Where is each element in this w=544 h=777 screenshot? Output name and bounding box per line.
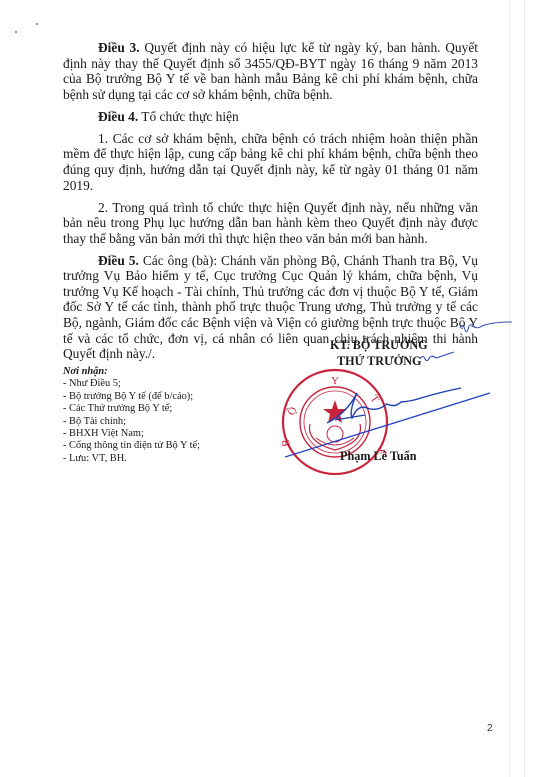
recipients-list: - Như Điều 5;- Bộ trưởng Bộ Y tế (để b/c… — [63, 378, 200, 465]
recipient-item: - Bộ Tài chính; — [63, 416, 200, 428]
initial-mark-icon — [458, 318, 518, 334]
article-text: 1. Các cơ sở khám bệnh, chữa bệnh có trá… — [63, 131, 478, 193]
article-heading: Điều 3. — [98, 40, 140, 55]
recipient-item: - Cổng thông tin điện tử Bộ Y tế; — [63, 440, 200, 452]
article-3: Điều 3. Quyết định này có hiệu lực kể từ… — [63, 40, 478, 102]
article-heading: Điều 4. — [98, 109, 138, 124]
recipients-block: Nơi nhận: - Như Điều 5;- Bộ trưởng Bộ Y … — [63, 366, 200, 465]
article-4-item-1: 1. Các cơ sở khám bệnh, chữa bệnh có trá… — [63, 131, 478, 193]
recipient-item: - Như Điều 5; — [63, 378, 200, 390]
article-heading: Điều 5. — [98, 253, 139, 268]
body-text: Điều 3. Quyết định này có hiệu lực kể từ… — [63, 40, 478, 368]
recipient-item: - Các Thứ trưởng Bộ Y tế; — [63, 403, 200, 415]
article-4-item-2: 2. Trong quá trình tổ chức thực hiện Quy… — [63, 200, 478, 247]
recipients-title: Nơi nhận: — [63, 366, 200, 378]
recipient-item: - BHXH Việt Nam; — [63, 428, 200, 440]
page-number: 2 — [487, 723, 493, 734]
scan-speck — [15, 31, 17, 33]
handwritten-signature-icon — [285, 345, 515, 465]
scan-speck — [36, 23, 38, 25]
recipient-item: - Bộ trưởng Bộ Y tế (để b/cáo); — [63, 391, 200, 403]
article-4: Điều 4. Tổ chức thực hiện — [63, 109, 478, 125]
article-text: 2. Trong quá trình tổ chức thực hiện Quy… — [63, 200, 478, 246]
recipient-item: - Lưu: VT, BH. — [63, 453, 200, 465]
page-edge-line — [524, 0, 525, 777]
document-page: Điều 3. Quyết định này có hiệu lực kể từ… — [0, 0, 544, 777]
article-text: Tổ chức thực hiện — [138, 109, 239, 124]
